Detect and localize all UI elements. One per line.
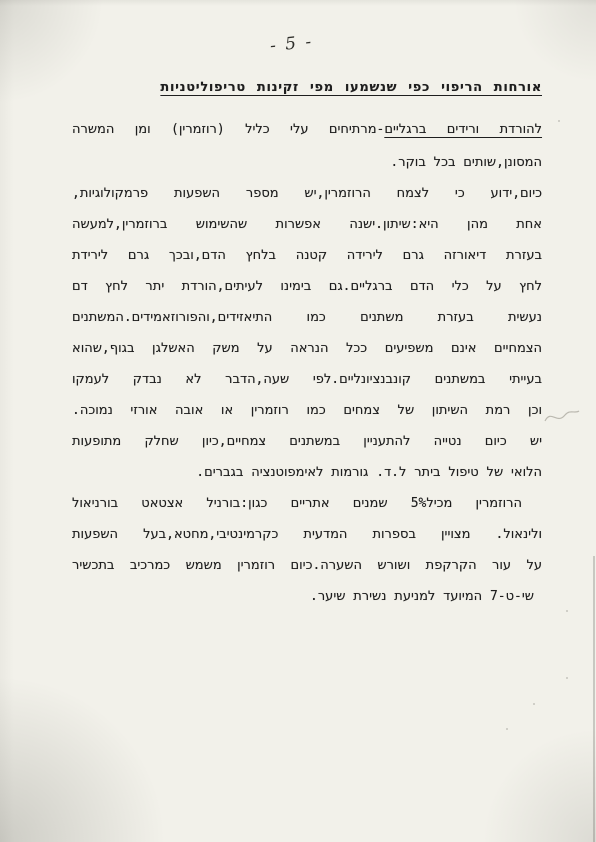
text-line: בעייתי במשתנים קונבנציונליים.לפי שעה,הדב… [72, 364, 542, 395]
subheading-underlined-text: להורדת ורידים ברגליים [384, 122, 542, 137]
page-edge-shadow [593, 556, 595, 842]
text-line: וכן רמת השיתון של צמחים כמו רוזמרין או א… [72, 395, 542, 426]
pencil-squiggle-mark [543, 406, 581, 426]
text-line: נעשית בעזרת משתנים כמו התיאזידים,והפורוז… [72, 302, 542, 333]
text-line: שי-ט-7 המיועד למניעת נשירת שיער. [72, 581, 534, 612]
scan-speck [566, 610, 568, 612]
text-line: בעזרת דיאורזה גרם לירידה קטנה בלחץ הדם,ו… [72, 240, 542, 271]
text-line: המסונן,שותים בכל בוקר. [72, 147, 542, 178]
scan-speck [558, 120, 560, 122]
scanned-page: - 5 - אורחות הריפוי כפי שנשמעו מפי זקינו… [0, 0, 596, 842]
document-text: אורחות הריפוי כפי שנשמעו מפי זקינות טריפ… [72, 76, 542, 612]
text-line: הרוזמרין מכיל5% שמנים אתריים כגון:בורניל… [72, 488, 522, 519]
heading-line: אורחות הריפוי כפי שנשמעו מפי זקינות טריפ… [72, 76, 542, 100]
scan-speck [566, 677, 568, 679]
text-line: כיום,ידוע כי לצמח הרוזמרין,יש מספר השפעו… [72, 178, 542, 209]
heading-text: אורחות הריפוי כפי שנשמעו מפי זקינות טריפ… [160, 80, 542, 95]
text-line: יש כיום נטייה להתעניין במשתנים צמחיים,כי… [72, 426, 542, 457]
subheading-line: להורדת ורידים ברגליים-מרתיחים עלי כליל (… [72, 118, 542, 142]
text-line: הלואי של טיפול ביתר ל.ד. גורמות לאימפוטנ… [72, 457, 542, 488]
text-line: אחת מהן היא:שיתון.ישנה אפשרות שהשימוש בר… [72, 209, 542, 240]
scan-speck [506, 728, 508, 730]
subheading-rest-text: -מרתיחים עלי כליל (רוזמרין) ומן המשרה [72, 122, 384, 137]
text-line: ולינאול. מצויין בספרות המדעית כקרמינטיבי… [72, 519, 542, 550]
scan-speck [533, 703, 535, 705]
text-line: לחץ על כלי הדם ברגליים.גם בימינו לעיתים,… [72, 271, 542, 302]
text-line: על עור הקרקפת ושורש השערה.כיום רוזמרין מ… [72, 550, 542, 581]
text-line: הצמחיים אינם משפיעים ככל הנראה על משק הא… [72, 333, 542, 364]
page-number: - 5 - [269, 32, 314, 56]
